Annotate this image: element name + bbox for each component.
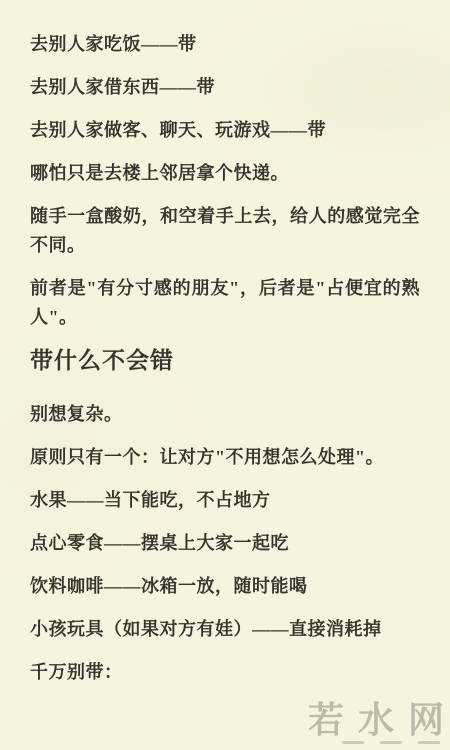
paragraph: 去别人家做客、聊天、玩游戏——带 <box>30 116 420 145</box>
paragraph: 去别人家借东西——带 <box>30 73 420 102</box>
paragraph: 水果——当下能吃，不占地方 <box>30 486 420 515</box>
site-watermark: 若水网 <box>308 702 448 744</box>
article-page: 去别人家吃饭——带 去别人家借东西——带 去别人家做客、聊天、玩游戏——带 哪怕… <box>0 0 450 750</box>
paragraph: 小孩玩具（如果对方有娃）——直接消耗掉 <box>30 615 420 644</box>
paragraph: 原则只有一个：让对方"不用想怎么处理"。 <box>30 443 420 472</box>
watermark-mark <box>380 741 402 744</box>
watermark-text: 若水网 <box>308 702 450 738</box>
section-heading: 带什么不会错 <box>30 346 420 376</box>
paragraph: 饮料咖啡——冰箱一放，随时能喝 <box>30 572 420 601</box>
paragraph: 千万别带： <box>30 658 420 687</box>
paragraph: 哪怕只是去楼上邻居拿个快递。 <box>30 159 420 188</box>
watermark-mark <box>342 741 364 744</box>
watermark-subtext-marks <box>308 741 440 744</box>
paragraph: 前者是"有分寸感的朋友"，后者是"占便宜的熟人"。 <box>30 274 420 332</box>
paragraph: 别想复杂。 <box>30 400 420 429</box>
paragraph: 去别人家吃饭——带 <box>30 30 420 59</box>
watermark-mark <box>418 741 440 744</box>
paragraph: 点心零食——摆桌上大家一起吃 <box>30 529 420 558</box>
paragraph: 随手一盒酸奶，和空着手上去，给人的感觉完全不同。 <box>30 202 420 260</box>
